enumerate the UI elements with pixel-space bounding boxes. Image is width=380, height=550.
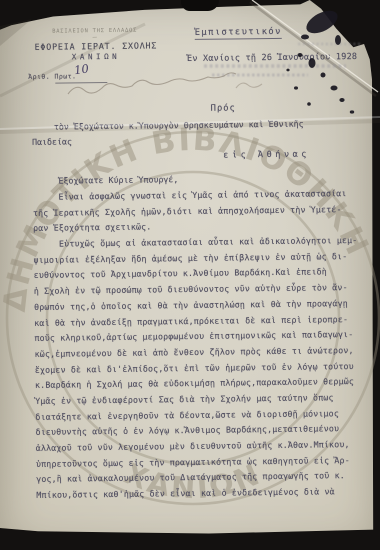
scan-background: { "document": { "header_left": { "state"… xyxy=(0,0,380,550)
body-lines: Εἶναι ἀσφαλῶς γνωσταὶ εἰς Ὑμᾶς αἱ ἀπό τι… xyxy=(33,186,371,504)
organization-city: ΧΑΝΙΩΝ xyxy=(28,51,164,62)
letter-content: ΒΑΣΙΛΕΙΟΝ ΤΗΣ ΕΛΛΑΔΟΣ — ΕΦΟΡΕΙΑ ΙΕΡΑΤ. Σ… xyxy=(0,0,380,550)
body-line: Μπίκου,ὅστις καθ'ἡμᾶς δὲν εἶναι καὶ ὁ ἐν… xyxy=(36,484,370,504)
recipient-to-label: Πρός xyxy=(211,103,236,113)
salutation: Ἐξοχώτατε Κύριε Ὑπουργέ, xyxy=(58,174,178,185)
recipient-line1: τὸν Ἐξοχώτατον κ.Ὑπουργὸν Θρησκευμάτων κ… xyxy=(54,119,304,132)
organization-name: ΕΦΟΡΕΙΑ ΙΕΡΑΤ. ΣΧΟΛΗΣ xyxy=(28,40,164,52)
protocol-number-handwritten: 10 xyxy=(73,61,89,77)
scan-edge-object xyxy=(181,0,219,11)
classification-label: Ἐμπιστευτικόν xyxy=(195,27,282,40)
recipient-city: εἰς Ἀθήνας xyxy=(223,150,310,161)
recipient-line2: Παιδείας xyxy=(32,136,72,146)
dateline: Ἐν Χανίοις τῇ 26 Ἰανουαρίου 1928 xyxy=(187,52,357,64)
